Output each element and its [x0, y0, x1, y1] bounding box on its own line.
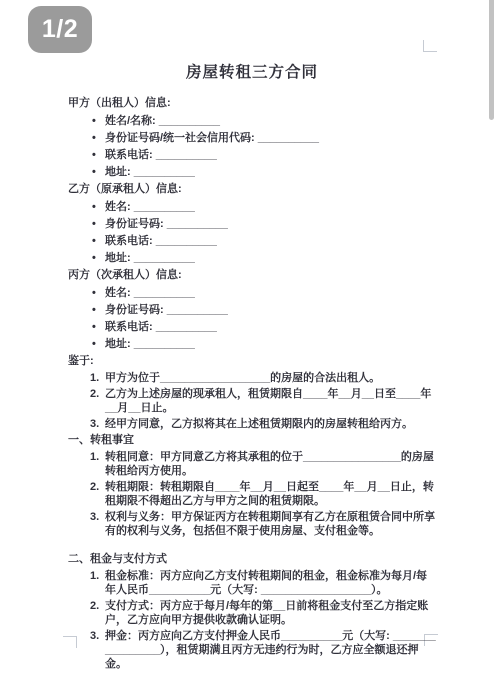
clause-item: 转租同意：甲方同意乙方将其承租的位于________________的房屋转租给…	[68, 450, 436, 478]
section-1-heading: 一、转租事宜	[68, 433, 436, 448]
party-a-heading: 甲方（出租人）信息:	[68, 96, 436, 111]
clause-item: 租金标准：丙方应向乙方支付转租期间的租金，租金标准为每月/每年人民币______…	[68, 569, 436, 597]
field-item: 联系电话: __________	[105, 234, 436, 248]
contract-document: 房屋转租三方合同 甲方（出租人）信息: 姓名/名称: __________ 身份…	[68, 62, 436, 673]
text-area-corner-mark-top-right	[423, 40, 437, 52]
field-item: 身份证号码: __________	[105, 303, 436, 317]
party-c-fields: 姓名: __________ 身份证号码: __________ 联系电话: _…	[68, 286, 436, 351]
clause-item: 乙方为上述房屋的现承租人，租赁期限自____年__月__日至____年__月__…	[68, 387, 436, 415]
field-item: 联系电话: __________	[105, 320, 436, 334]
field-item: 姓名/名称: __________	[105, 114, 436, 128]
field-item: 身份证号码/统一社会信用代码: __________	[105, 131, 436, 145]
scrollbar-thumb[interactable]	[489, 0, 494, 120]
clause-item: 甲方为位于__________________的房屋的合法出租人。	[68, 371, 436, 385]
section-rent-payment: 二、租金与支付方式 租金标准：丙方应向乙方支付转租期间的租金，租金标准为每月/每…	[68, 552, 436, 671]
party-c-heading: 丙方（次承租人）信息:	[68, 268, 436, 283]
party-a-fields: 姓名/名称: __________ 身份证号码/统一社会信用代码: ______…	[68, 114, 436, 179]
field-item: 地址: __________	[105, 337, 436, 351]
clause-item: 权利与义务：甲方保证丙方在转租期间享有乙方在原租赁合同中所享有的权利与义务，包括…	[68, 510, 436, 538]
party-b-fields: 姓名: __________ 身份证号码: __________ 联系电话: _…	[68, 200, 436, 265]
section-2-clauses: 租金标准：丙方应向乙方支付转租期间的租金，租金标准为每月/每年人民币______…	[68, 569, 436, 671]
clause-item: 经甲方同意，乙方拟将其在上述租赁期限内的房屋转租给丙方。	[68, 417, 436, 431]
party-b-heading: 乙方（原承租人）信息:	[68, 182, 436, 197]
document-title: 房屋转租三方合同	[68, 66, 436, 80]
whereas-heading: 鉴于:	[68, 354, 436, 369]
whereas-clauses: 甲方为位于__________________的房屋的合法出租人。 乙方为上述房…	[68, 371, 436, 431]
section-divider-space	[68, 540, 436, 552]
section-2-heading: 二、租金与支付方式	[68, 552, 436, 567]
section-sublease-matters: 一、转租事宜 转租同意：甲方同意乙方将其承租的位于_______________…	[68, 433, 436, 538]
party-c-section: 丙方（次承租人）信息: 姓名: __________ 身份证号码: ______…	[68, 268, 436, 351]
clause-item: 支付方式：丙方应于每月/每年的第__日前将租金支付至乙方指定账户，乙方应向甲方提…	[68, 599, 436, 627]
party-b-section: 乙方（原承租人）信息: 姓名: __________ 身份证号码: ______…	[68, 182, 436, 265]
section-1-clauses: 转租同意：甲方同意乙方将其承租的位于________________的房屋转租给…	[68, 450, 436, 538]
document-viewer: 1/2 房屋转租三方合同 甲方（出租人）信息: 姓名/名称: _________…	[0, 0, 500, 683]
field-item: 地址: __________	[105, 251, 436, 265]
clause-item: 押金：丙方应向乙方支付押金人民币__________元（大写: ________…	[68, 629, 436, 671]
field-item: 身份证号码: __________	[105, 217, 436, 231]
whereas-section: 鉴于: 甲方为位于__________________的房屋的合法出租人。 乙方…	[68, 354, 436, 431]
page-indicator-badge: 1/2	[28, 6, 92, 53]
field-item: 姓名: __________	[105, 200, 436, 214]
field-item: 地址: __________	[105, 165, 436, 179]
field-item: 联系电话: __________	[105, 148, 436, 162]
clause-item: 转租期限：转租期限自____年__月__日起至____年__月__日止，转租期限…	[68, 480, 436, 508]
field-item: 姓名: __________	[105, 286, 436, 300]
party-a-section: 甲方（出租人）信息: 姓名/名称: __________ 身份证号码/统一社会信…	[68, 96, 436, 179]
